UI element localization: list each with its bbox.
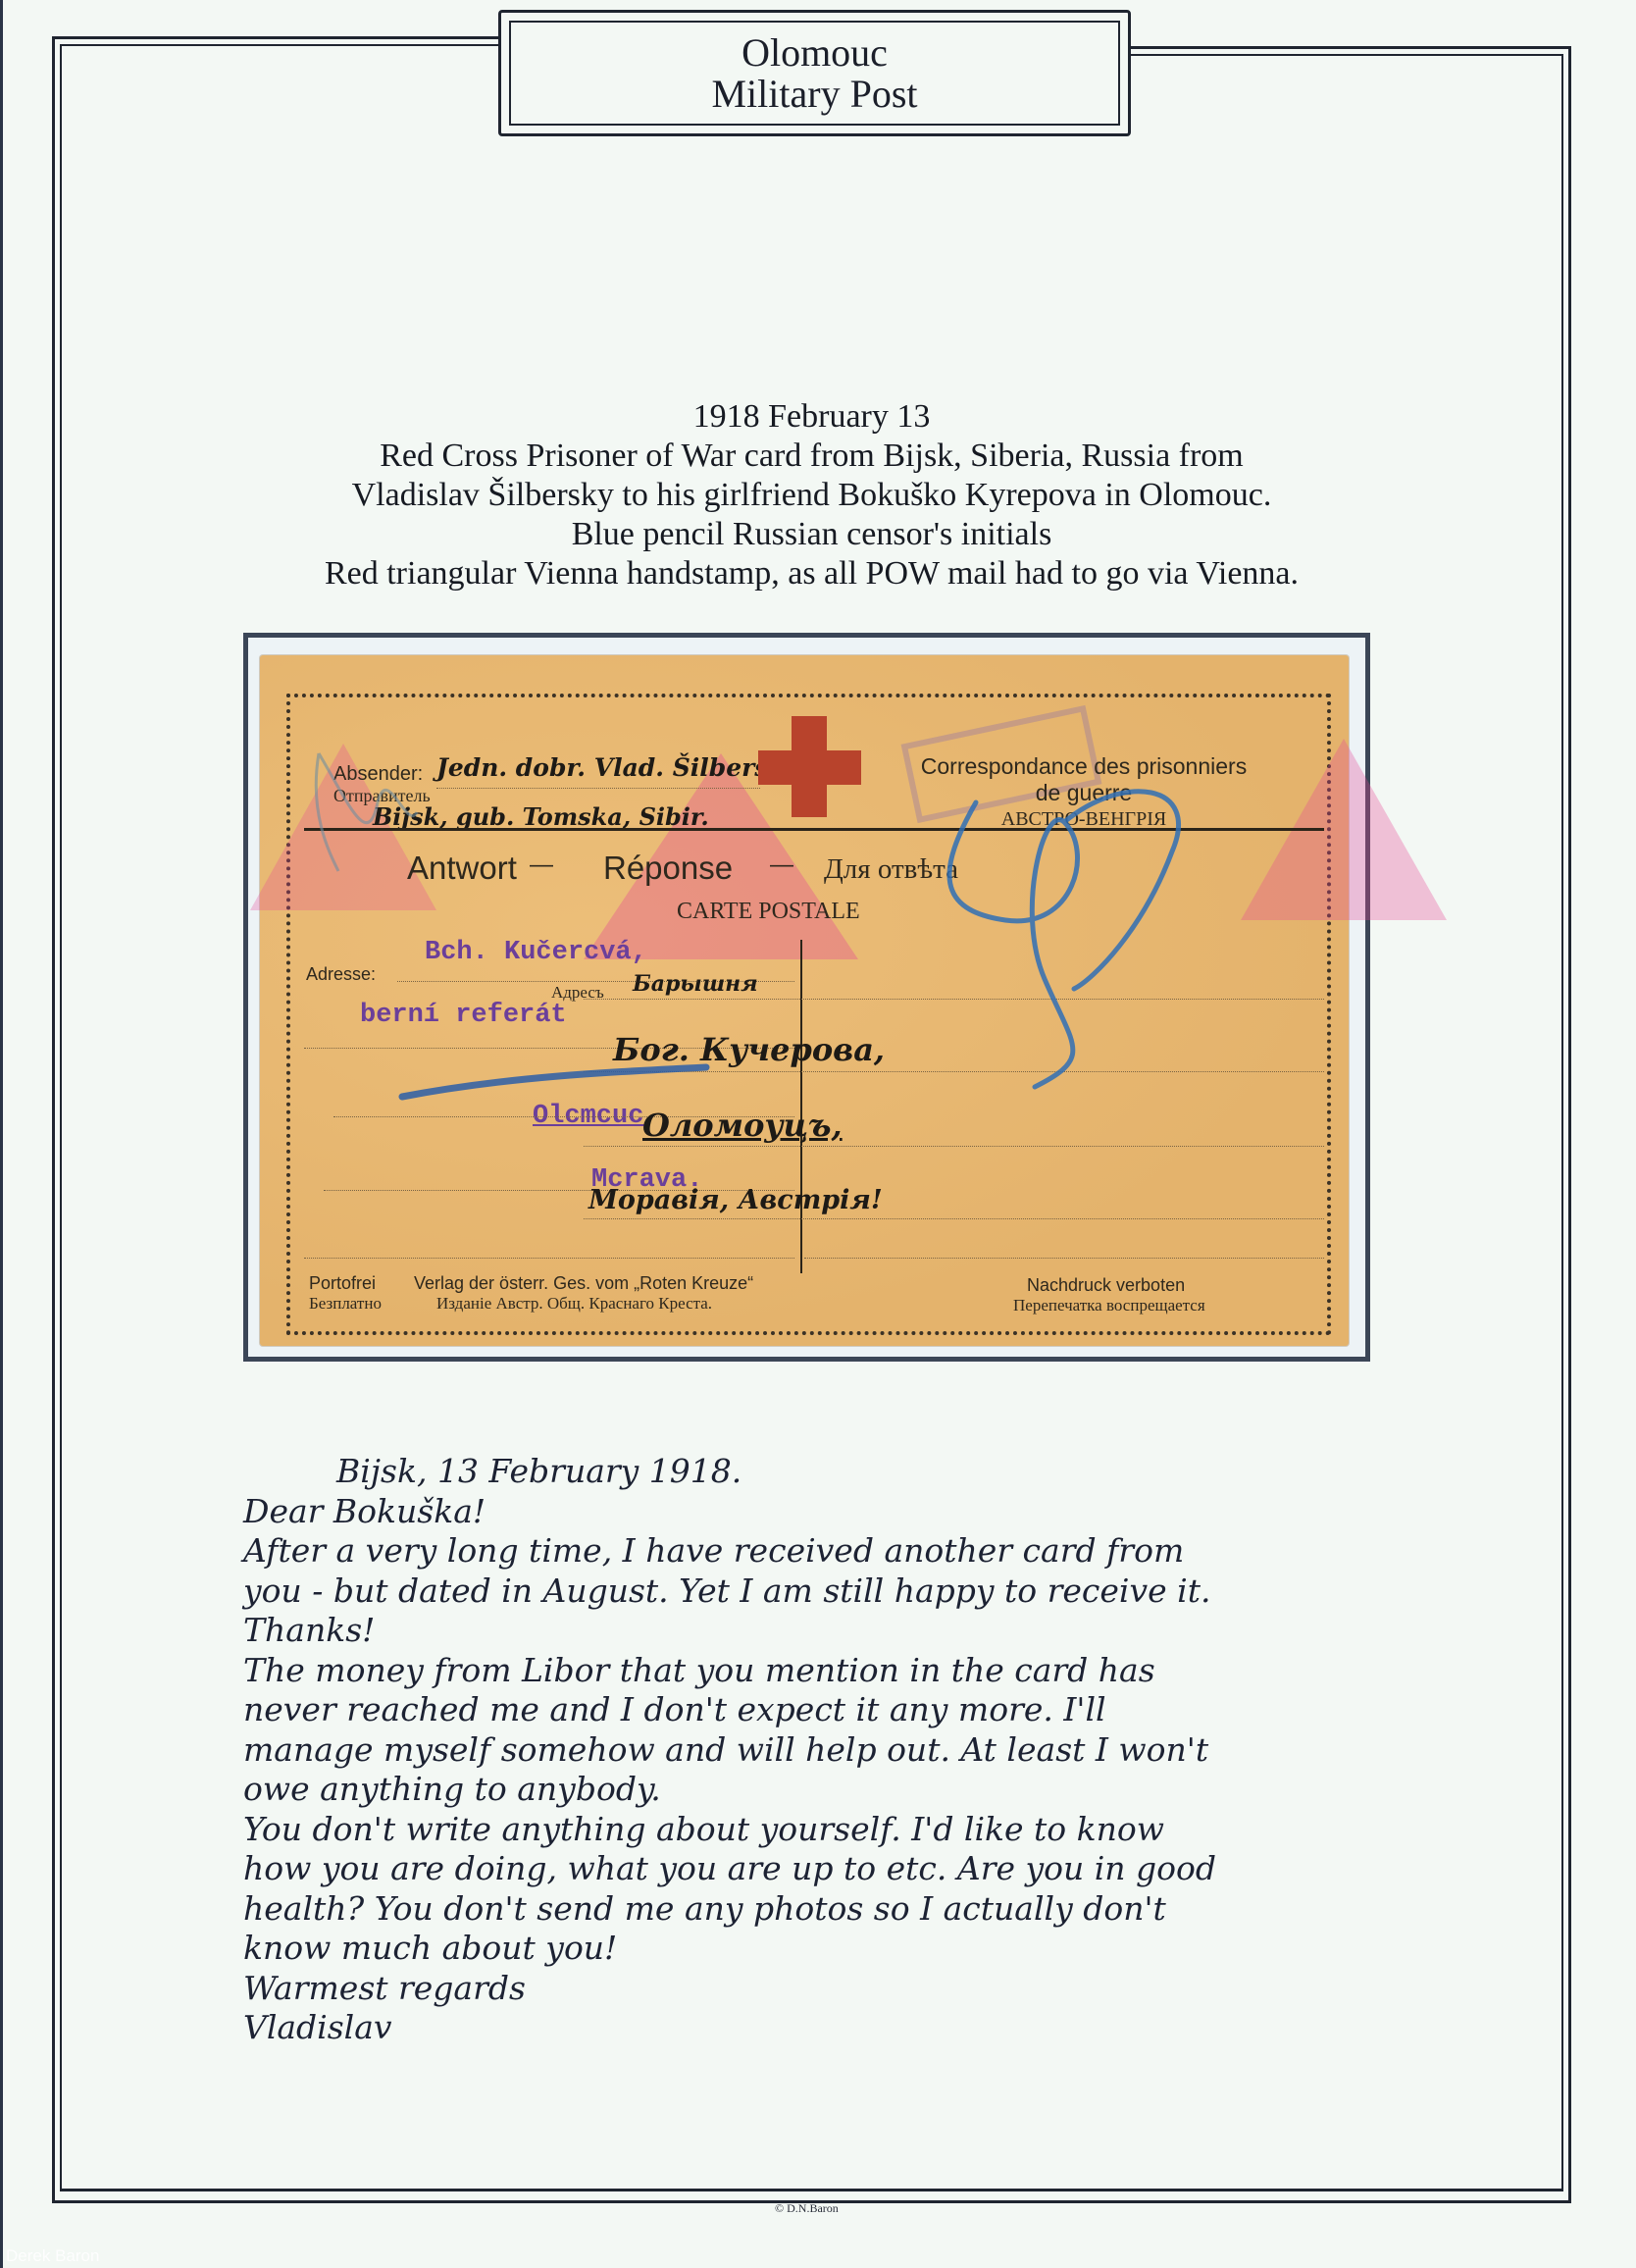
description-line: Red triangular Vienna handstamp, as all … xyxy=(59,554,1564,593)
description-line: Blue pencil Russian censor's initials xyxy=(59,515,1564,554)
scan-edge xyxy=(0,0,3,2268)
letter-line: never reached me and I don't expect it a… xyxy=(243,1690,1420,1730)
description-date: 1918 February 13 xyxy=(59,397,1564,437)
letter-line: Warmest regards xyxy=(243,1969,1420,2009)
letter-date: Bijsk, 13 February 1918. xyxy=(243,1452,1420,1492)
description-line: Vladislav Šilbersky to his girlfriend Bo… xyxy=(59,476,1564,515)
letter-line: know much about you! xyxy=(243,1929,1420,1969)
letter-line: how you are doing, what you are up to et… xyxy=(243,1849,1420,1889)
title-box: Olomouc Military Post xyxy=(498,10,1131,136)
letter-line: Dear Bokuška! xyxy=(243,1492,1420,1532)
letter-line: You don't write anything about yourself.… xyxy=(243,1810,1420,1850)
watermark: Derek Baron xyxy=(6,2246,99,2266)
copyright-notice: © D.N.Baron xyxy=(775,2201,839,2216)
letter-line: After a very long time, I have received … xyxy=(243,1531,1420,1572)
description-line: Red Cross Prisoner of War card from Bijs… xyxy=(59,437,1564,476)
letter-signature: Vladislav xyxy=(243,2008,1420,2048)
censor-initials-icon xyxy=(260,655,1349,1346)
letter-transcription: Bijsk, 13 February 1918. Dear Bokuška! A… xyxy=(243,1452,1420,2048)
letter-line: manage myself somehow and will help out.… xyxy=(243,1730,1420,1771)
letter-line: The money from Libor that you mention in… xyxy=(243,1651,1420,1691)
letter-line: owe anything to anybody. xyxy=(243,1770,1420,1810)
pow-postcard: Absender: Отправитель Jedn. dobr. Vlad. … xyxy=(260,655,1349,1346)
page-title: Olomouc xyxy=(741,32,888,74)
letter-line: health? You don't send me any photos so … xyxy=(243,1889,1420,1930)
item-description: 1918 February 13 Red Cross Prisoner of W… xyxy=(59,397,1564,593)
letter-line: Thanks! xyxy=(243,1611,1420,1651)
letter-line: you - but dated in August. Yet I am stil… xyxy=(243,1572,1420,1612)
page-subtitle: Military Post xyxy=(711,74,917,115)
